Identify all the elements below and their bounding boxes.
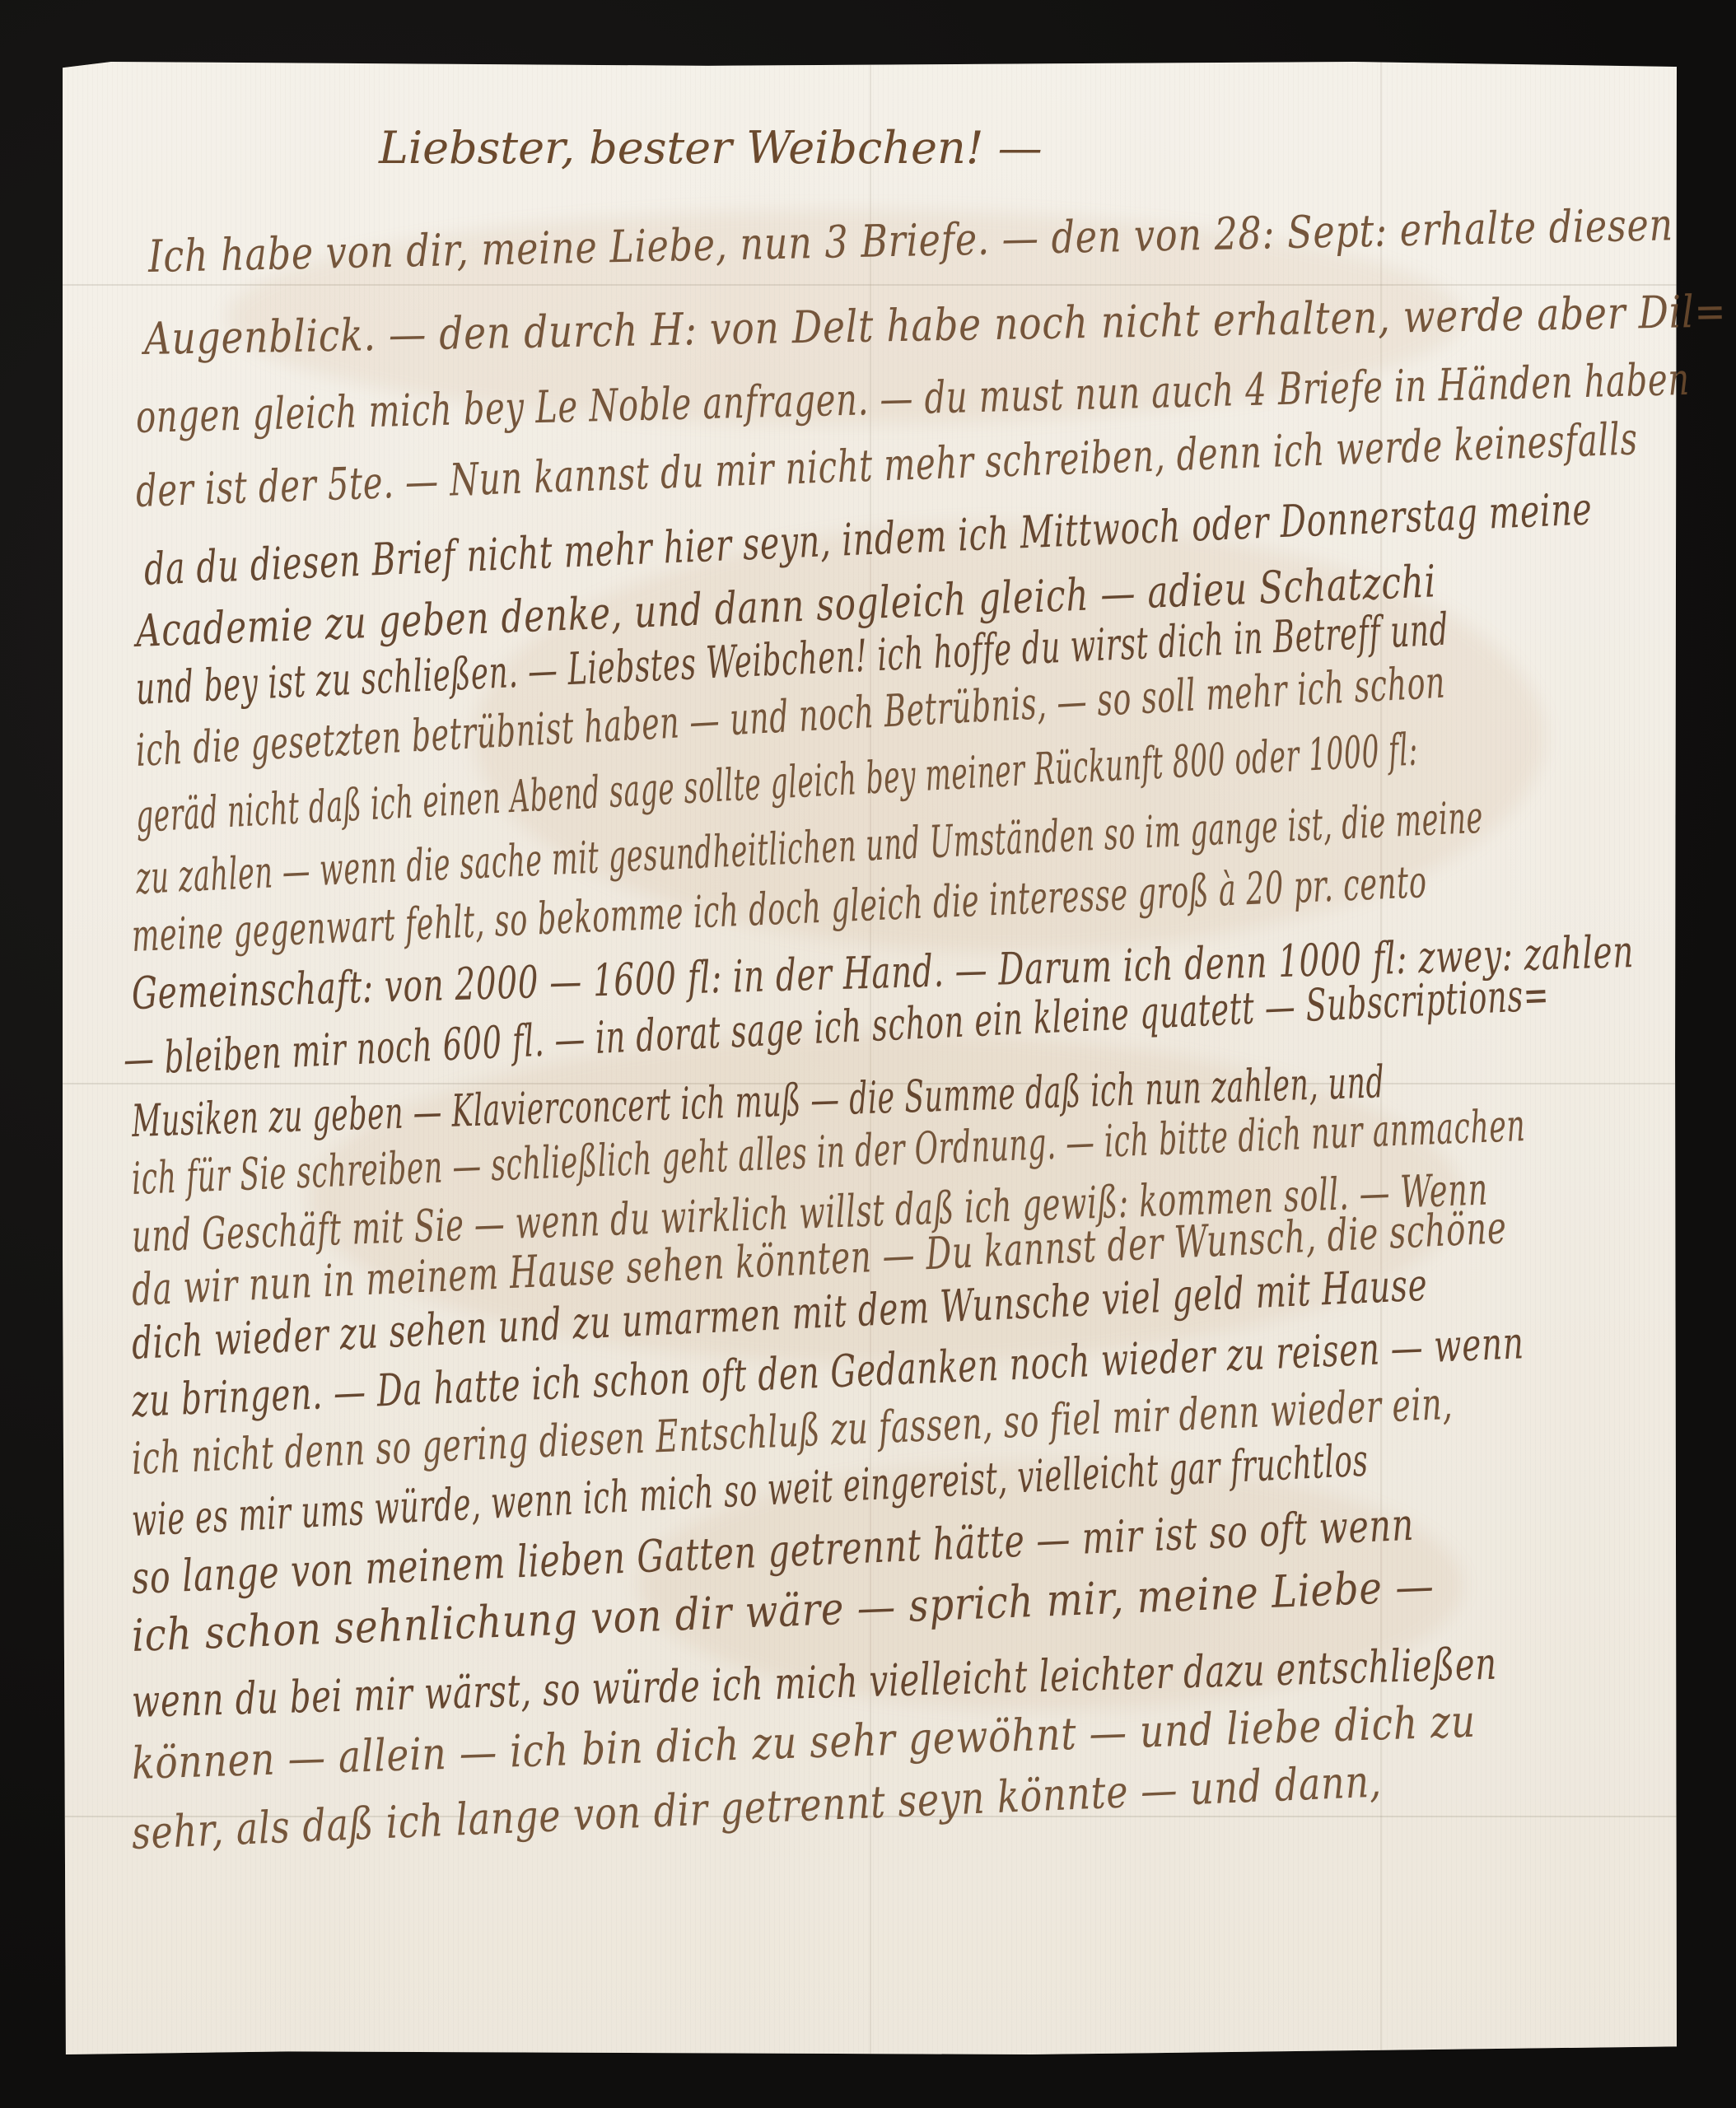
letter-salutation: Liebster, bester Weibchen! — xyxy=(379,122,1043,174)
scan-background: Liebster, bester Weibchen! — Ich habe vo… xyxy=(0,0,1736,2108)
